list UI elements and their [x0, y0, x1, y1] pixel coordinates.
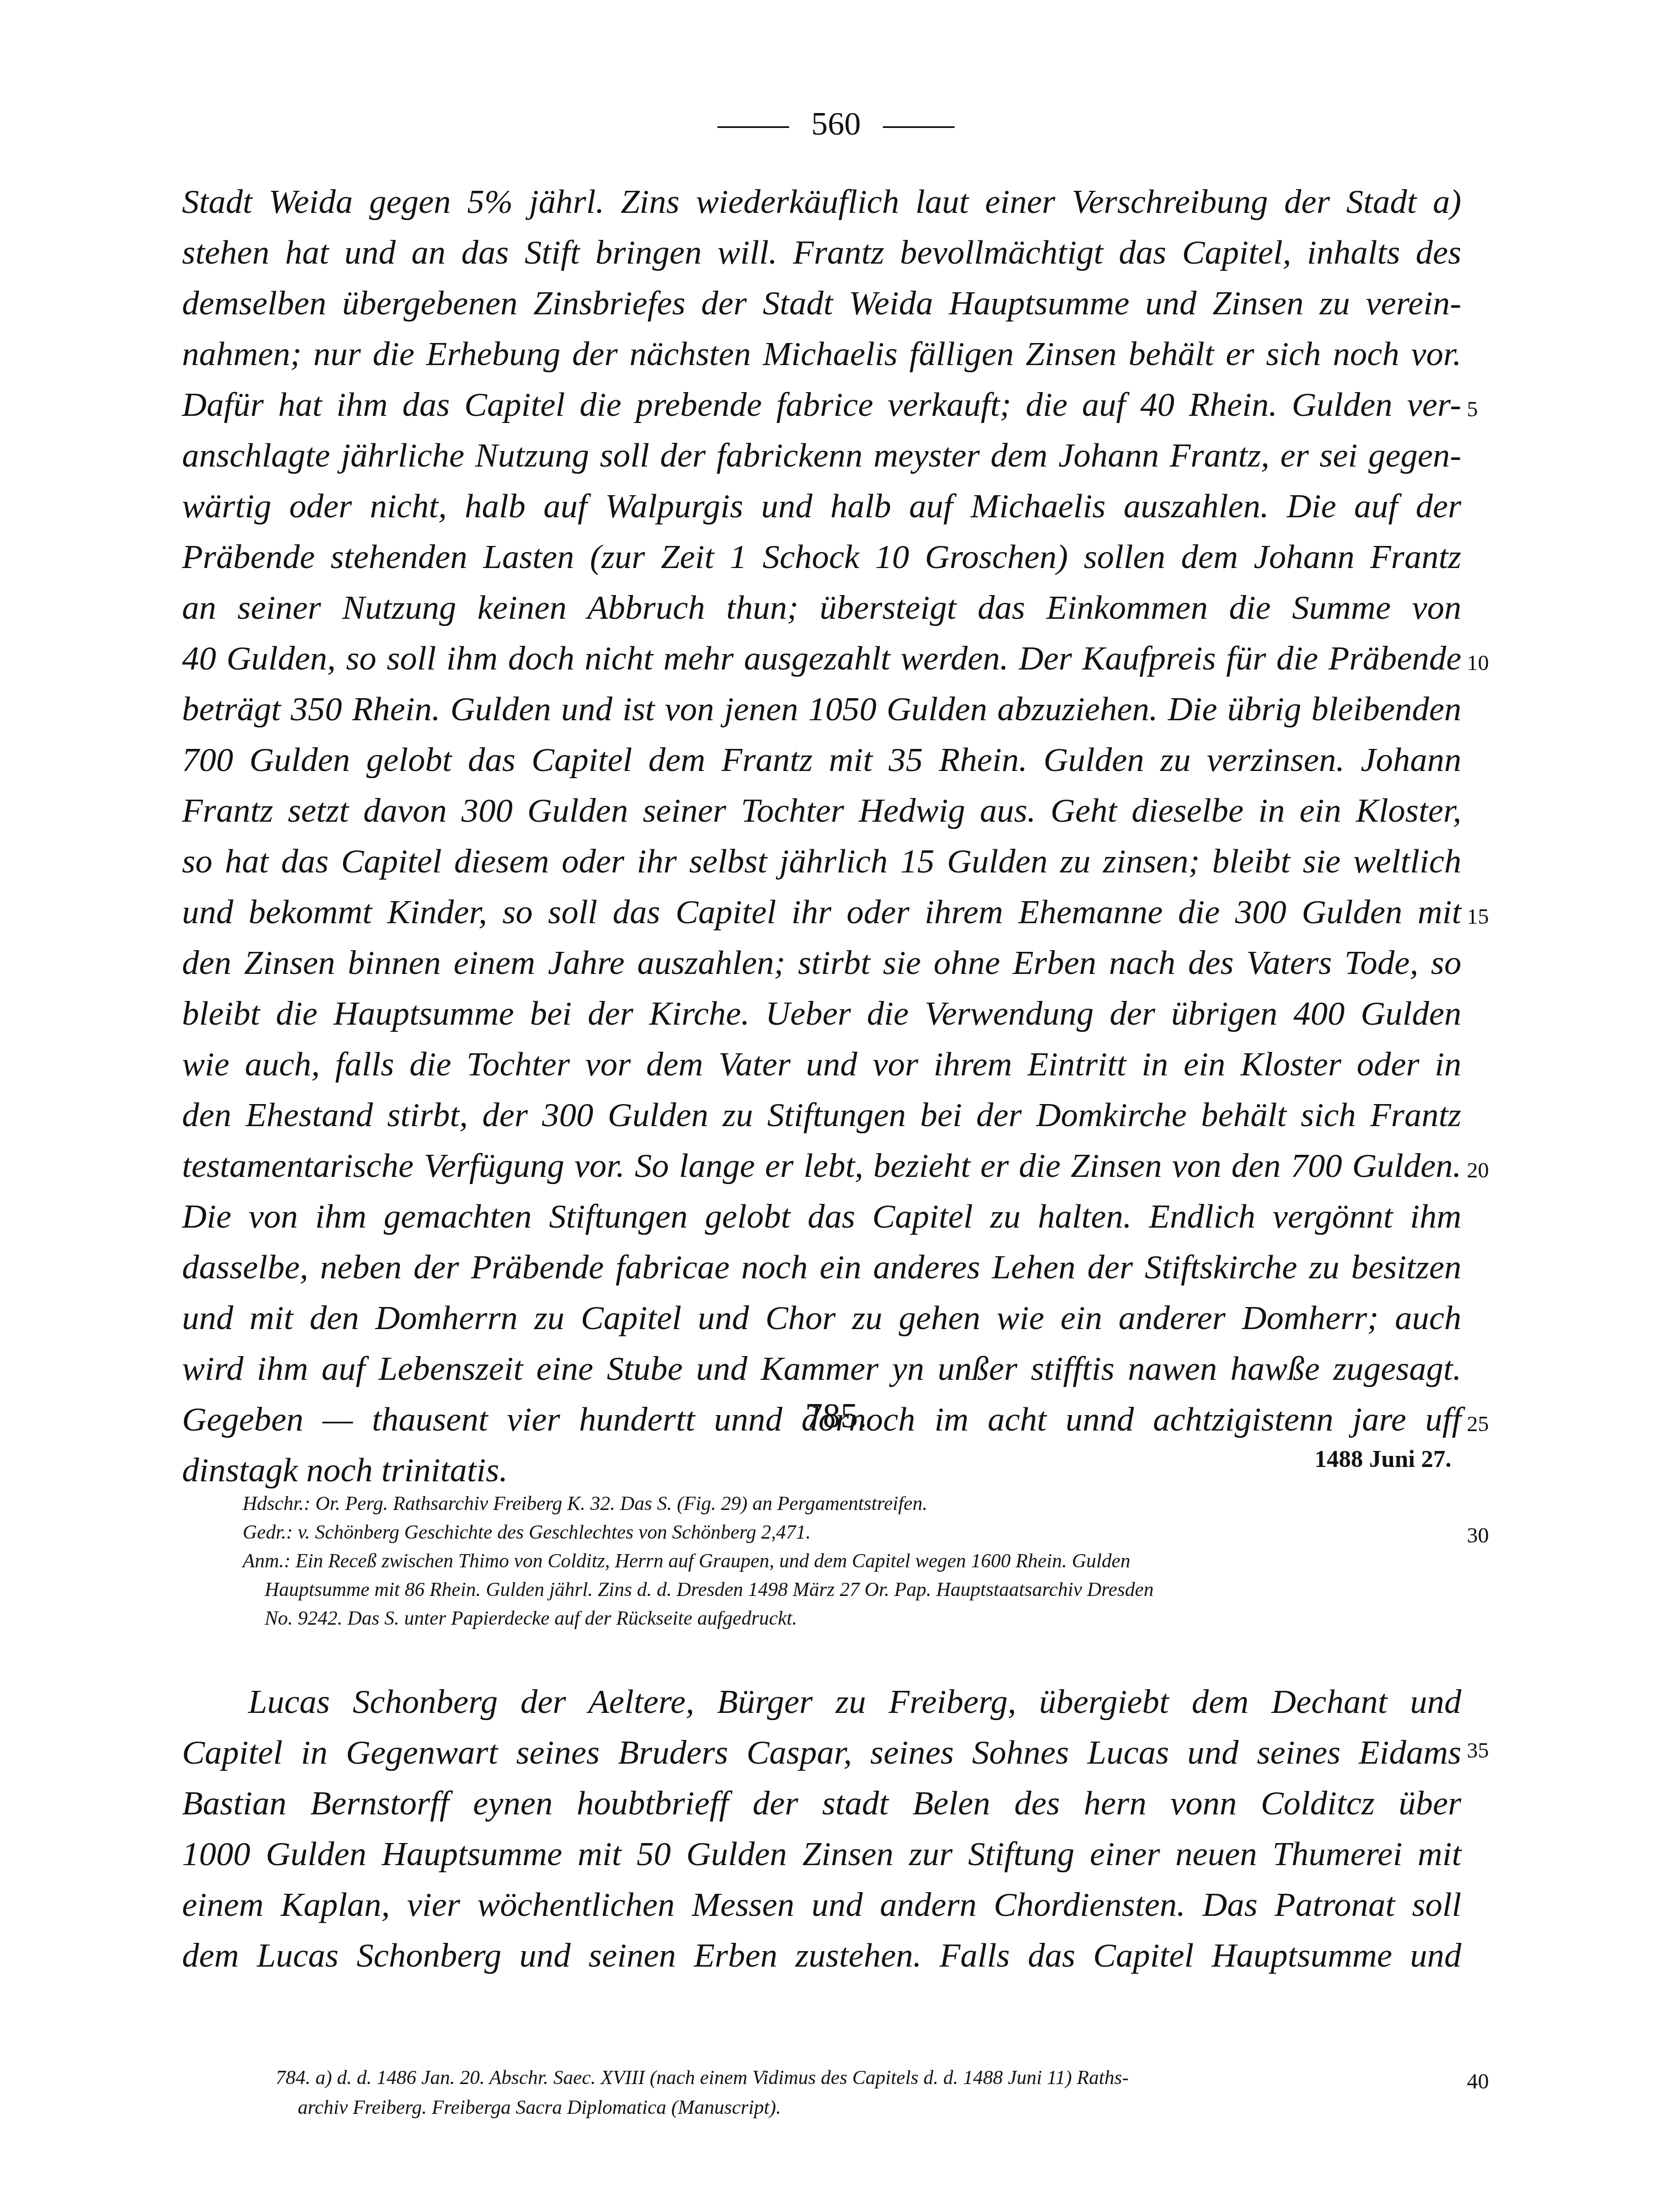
- text-line: Stadt Weida gegen 5% jährl. Zins wiederk…: [182, 176, 1461, 227]
- main-text: Stadt Weida gegen 5% jährl. Zins wiederk…: [182, 176, 1461, 1496]
- text-line: Die von ihm gemachten Stiftungen gelobt …: [182, 1191, 1461, 1242]
- note-line: Gedr.: v. Schönberg Geschichte des Gesch…: [243, 1518, 1456, 1546]
- document-page: 560 Stadt Weida gegen 5% jährl. Zins wie…: [0, 0, 1672, 2212]
- text-line: Dafür hat ihm das Capitel die prebende f…: [182, 379, 1461, 430]
- text-line: dasselbe, neben der Präbende fabricae no…: [182, 1242, 1461, 1293]
- text-line: wärtig oder nicht, halb auf Walpurgis un…: [182, 481, 1461, 532]
- note-line: Anm.: Ein Receß zwischen Thimo von Coldi…: [243, 1546, 1456, 1575]
- line-number: 30: [1467, 1522, 1489, 1548]
- line-number: 40: [1467, 2068, 1489, 2094]
- header-rule-left: [717, 126, 789, 128]
- note-line: Hauptsumme mit 86 Rhein. Gulden jährl. Z…: [243, 1575, 1456, 1604]
- document-number: 785.: [0, 1395, 1672, 1436]
- text-line: dinstagk noch trinitatis.: [182, 1445, 1461, 1496]
- note-line: No. 9242. Das S. unter Papierdecke auf d…: [243, 1604, 1456, 1632]
- text-line: Präbende stehenden Lasten (zur Zeit 1 Sc…: [182, 532, 1461, 582]
- text-line: stehen hat und an das Stift bringen will…: [182, 227, 1461, 278]
- text-line: 40 Gulden, so soll ihm doch nicht mehr a…: [182, 633, 1461, 684]
- text-line: an seiner Nutzung keinen Abbruch thun; ü…: [182, 582, 1461, 633]
- text-line: testamentarische Verfügung vor. So lange…: [182, 1140, 1461, 1191]
- text-line: wie auch, falls die Tochter vor dem Vate…: [182, 1039, 1461, 1090]
- text-line: anschlagte jährliche Nutzung soll der fa…: [182, 430, 1461, 481]
- footnote-line: archiv Freiberg. Freiberga Sacra Diploma…: [276, 2092, 1467, 2122]
- line-number: 20: [1467, 1157, 1489, 1183]
- text-line: den Ehestand stirbt, der 300 Gulden zu S…: [182, 1090, 1461, 1140]
- footnote: 784. a) d. d. 1486 Jan. 20. Abschr. Saec…: [276, 2063, 1467, 2122]
- note-line: Hdschr.: Or. Perg. Rathsarchiv Freiberg …: [243, 1489, 1456, 1518]
- text-line: und bekommt Kinder, so soll das Capitel …: [182, 887, 1461, 938]
- page-number: 560: [811, 105, 861, 142]
- header-rule-right: [883, 126, 955, 128]
- regest-line: dem Lucas Schonberg und seinen Erben zus…: [182, 1930, 1461, 1981]
- line-number: 35: [1467, 1737, 1489, 1763]
- line-number: 25: [1467, 1411, 1489, 1437]
- document-date: 1488 Juni 27.: [1315, 1445, 1451, 1473]
- text-line: Frantz setzt davon 300 Gulden seiner Toc…: [182, 785, 1461, 836]
- text-line: und mit den Domherrn zu Capitel und Chor…: [182, 1293, 1461, 1343]
- text-line: wird ihm auf Lebenszeit eine Stube und K…: [182, 1343, 1461, 1394]
- regest-line: Bastian Bernstorff eynen houbtbrieff der…: [182, 1778, 1461, 1829]
- text-line: nahmen; nur die Erhebung der nächsten Mi…: [182, 329, 1461, 379]
- regest-line: Capitel in Gegenwart seines Bruders Casp…: [182, 1727, 1461, 1778]
- text-line: den Zinsen binnen einem Jahre auszahlen;…: [182, 938, 1461, 988]
- text-line: beträgt 350 Rhein. Gulden und ist von je…: [182, 684, 1461, 735]
- archival-notes: Hdschr.: Or. Perg. Rathsarchiv Freiberg …: [243, 1489, 1456, 1632]
- line-number: 10: [1467, 650, 1489, 676]
- footnote-line: 784. a) d. d. 1486 Jan. 20. Abschr. Saec…: [276, 2063, 1467, 2092]
- text-line: bleibt die Hauptsumme bei der Kirche. Ue…: [182, 988, 1461, 1039]
- line-number: 5: [1467, 396, 1478, 422]
- page-header: 560: [0, 105, 1672, 143]
- regest-line: 1000 Gulden Hauptsumme mit 50 Gulden Zin…: [182, 1829, 1461, 1879]
- regest-text: Lucas Schonberg der Aeltere, Bürger zu F…: [182, 1677, 1461, 1981]
- text-line: 700 Gulden gelobt das Capitel dem Frantz…: [182, 735, 1461, 785]
- text-line: so hat das Capitel diesem oder ihr selbs…: [182, 836, 1461, 887]
- text-line: demselben übergebenen Zinsbriefes der St…: [182, 278, 1461, 329]
- regest-line: einem Kaplan, vier wöchentlichen Messen …: [182, 1879, 1461, 1930]
- regest-line: Lucas Schonberg der Aeltere, Bürger zu F…: [182, 1677, 1461, 1727]
- line-number: 15: [1467, 903, 1489, 929]
